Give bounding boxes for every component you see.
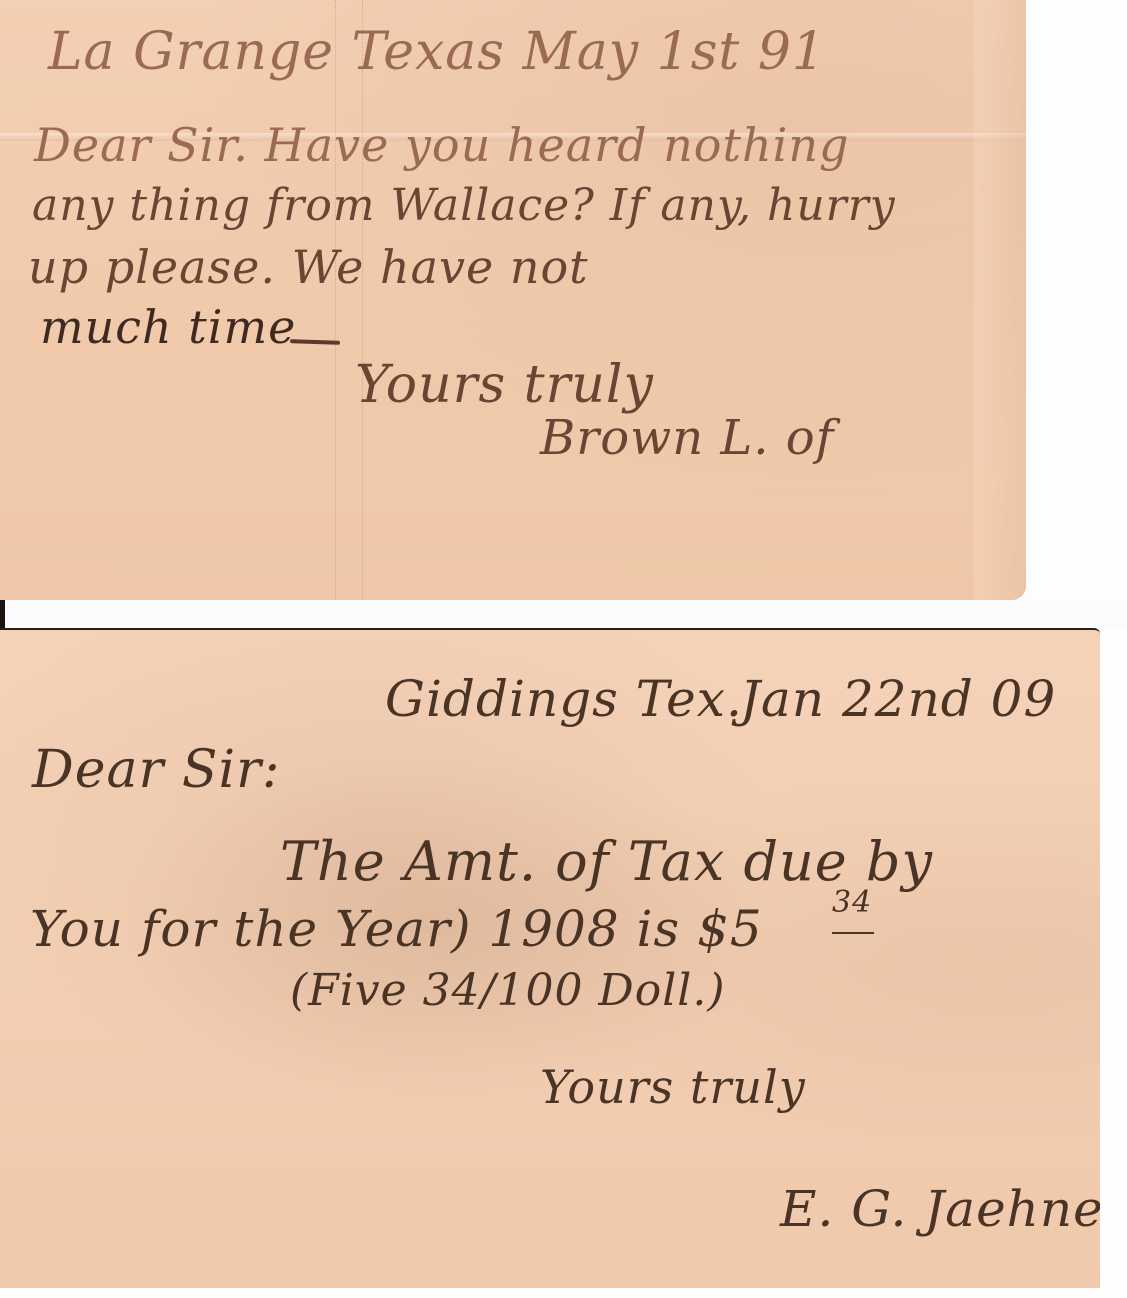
closing: Yours truly <box>540 1060 806 1114</box>
place-date-line: La Grange Texas May 1st 91 <box>48 22 826 82</box>
ink-blot <box>290 339 340 345</box>
closing: Yours truly <box>355 355 654 415</box>
postcard-1909: Giddings Tex. Jan 22nd 09 Dear Sir: The … <box>0 628 1100 1288</box>
perforation-line <box>335 0 338 600</box>
amount-in-words: (Five 34/100 Doll.) <box>290 965 726 1016</box>
body-line-1: The Amt. of Tax due by <box>280 830 933 893</box>
salutation: Dear Sir: <box>32 740 280 800</box>
amount-cents: 34 <box>832 885 872 920</box>
signature: Brown L. of <box>540 410 834 466</box>
signature: E. G. Jaehne <box>780 1180 1100 1238</box>
letter-line-4: much time <box>40 300 296 354</box>
letter-line-2: any thing from Wallace? If any, hurry <box>32 180 896 231</box>
letter-line-3: up please. We have not <box>28 240 589 294</box>
postcard-1891: La Grange Texas May 1st 91 Dear Sir. Hav… <box>0 0 1026 600</box>
place: Giddings Tex. <box>385 670 743 728</box>
letter-line-1: Dear Sir. Have you heard nothing <box>34 118 849 172</box>
date: Jan 22nd 09 <box>740 670 1056 728</box>
scan-gap <box>0 600 1127 628</box>
cents-underline <box>832 932 874 934</box>
scan-edge-shadow <box>0 600 5 630</box>
perforation-line <box>362 0 365 600</box>
card-edge <box>974 0 1026 600</box>
body-line-2: You for the Year) 1908 is $5 <box>30 900 763 958</box>
